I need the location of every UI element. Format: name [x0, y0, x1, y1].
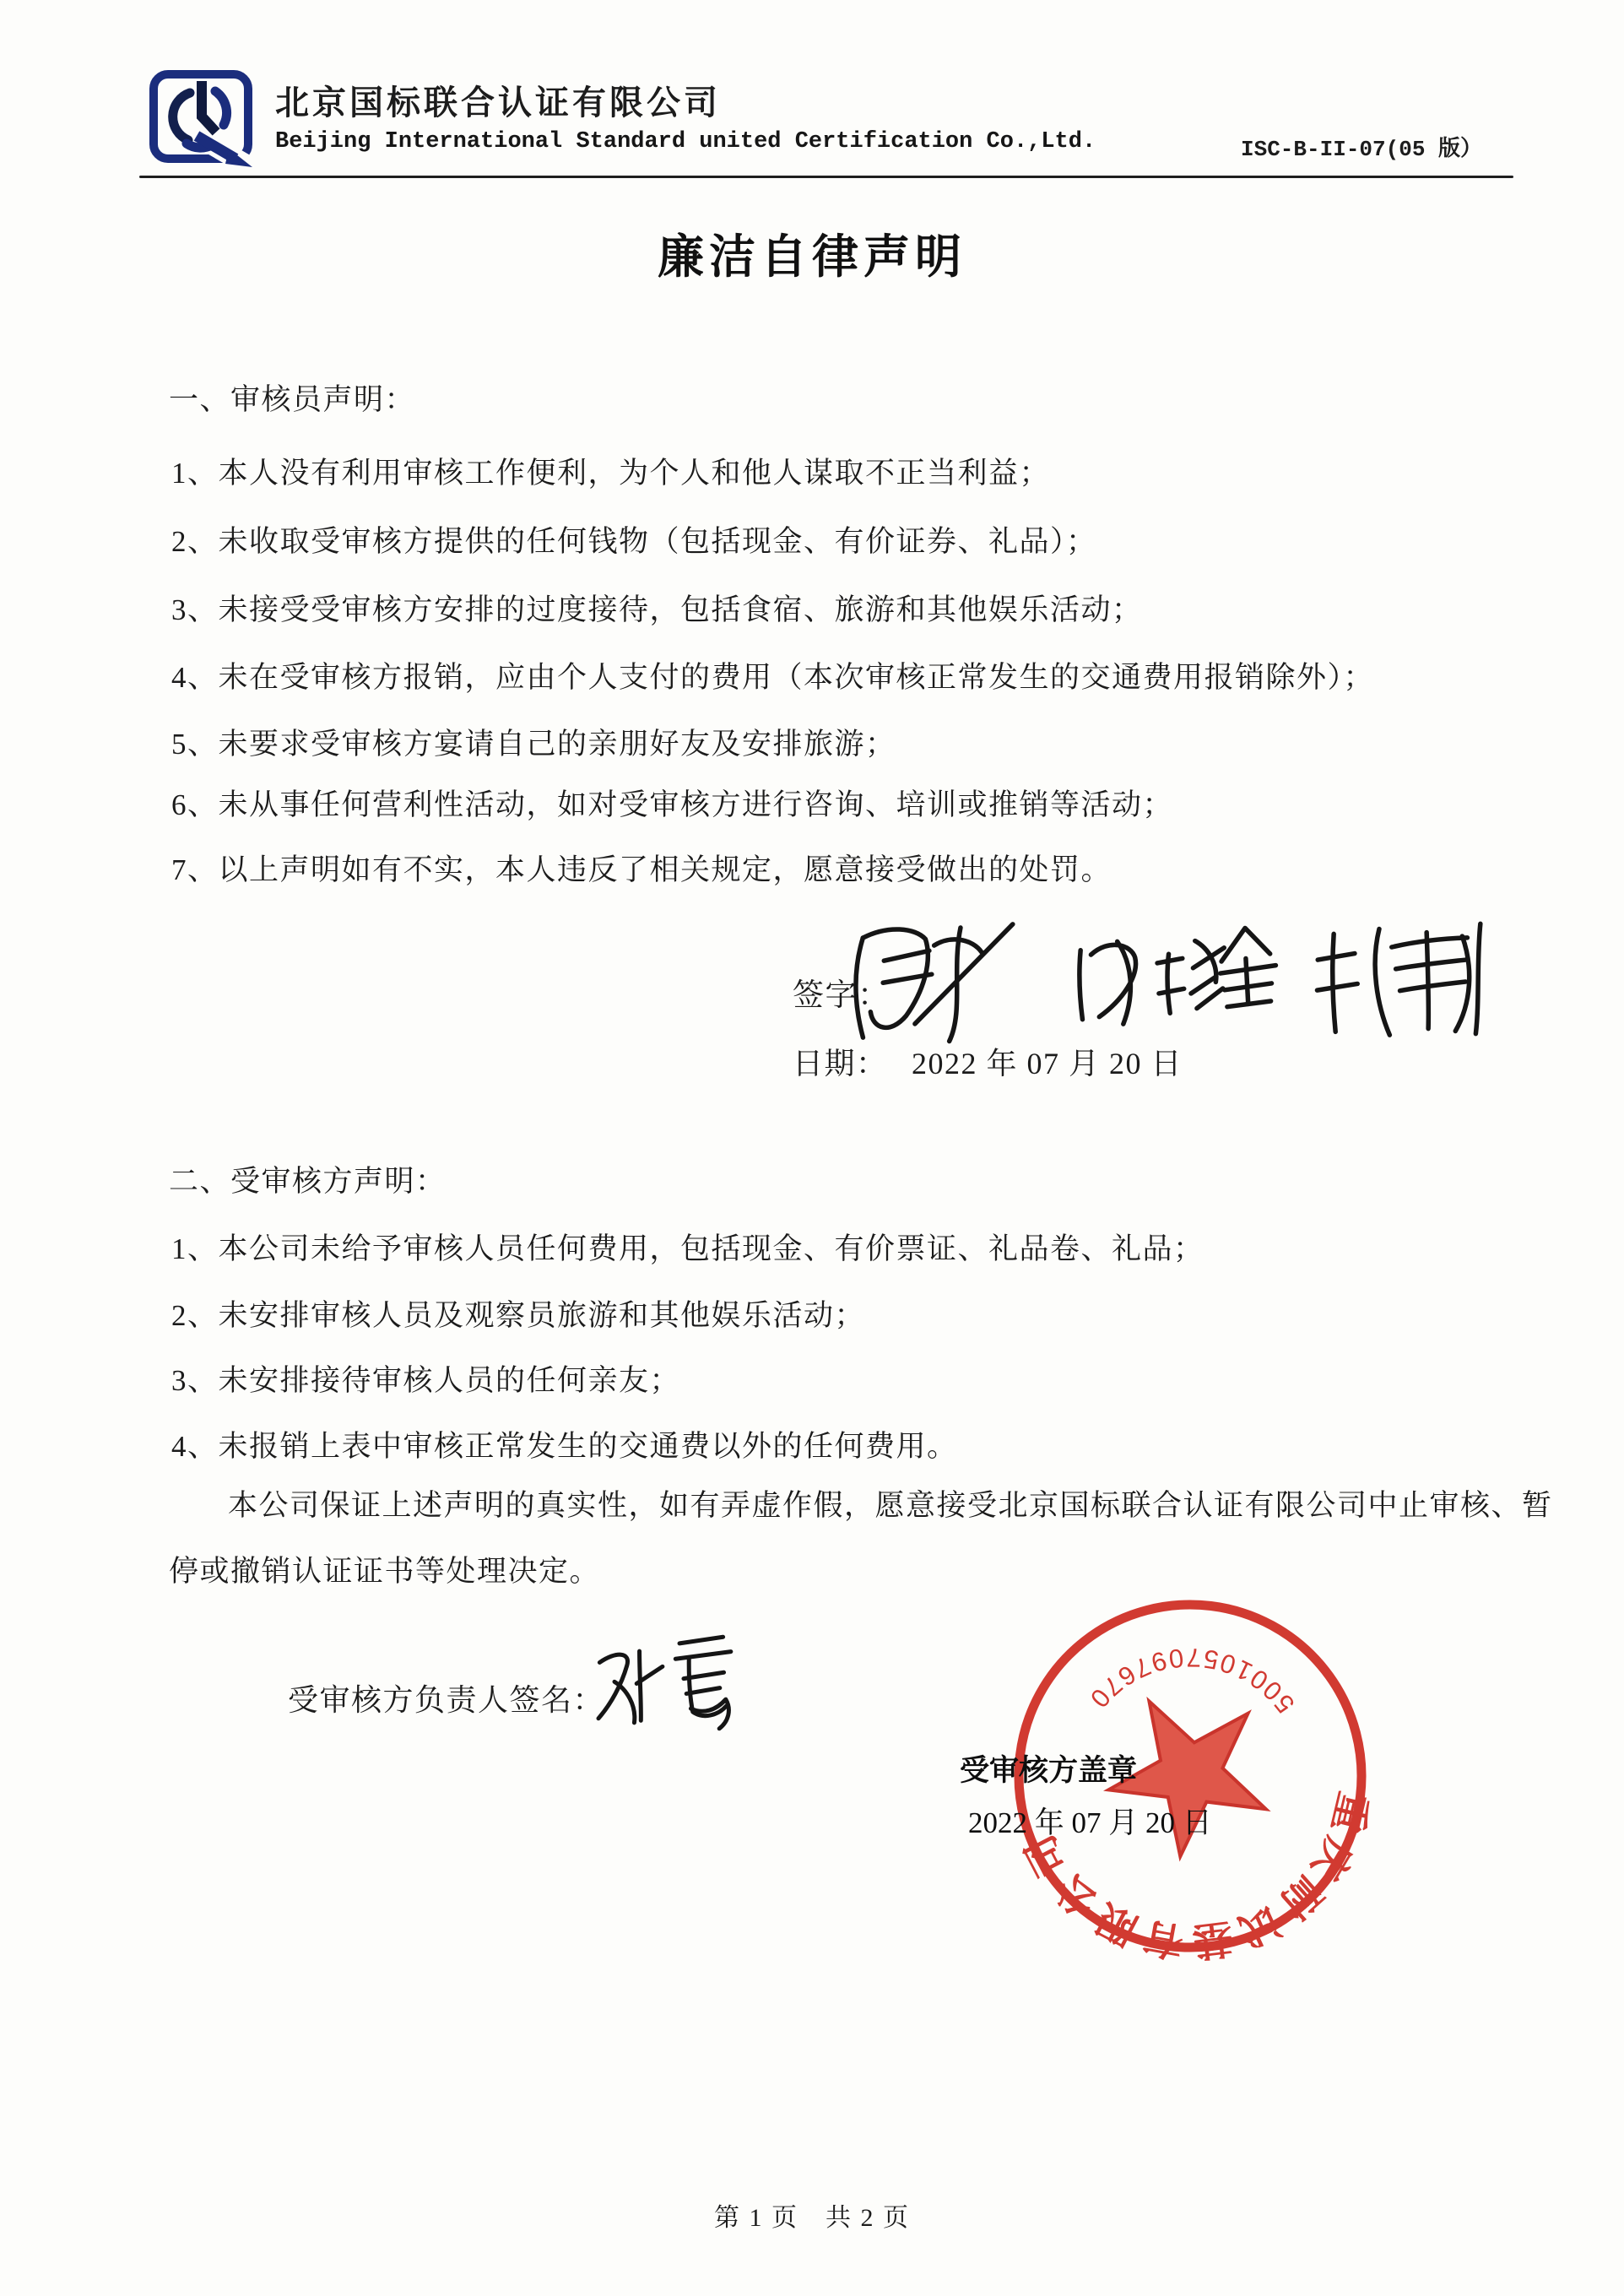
date-value: 2022 年 07 月 20 日: [912, 1047, 1183, 1080]
certification-logo-icon: [148, 69, 259, 172]
declaration-item: 3、未接受受审核方安排的过度接待，包括食宿、旅游和其他娱乐活动；: [171, 587, 1143, 629]
closing-paragraph-line: 本公司保证上述声明的真实性，如有弄虚作假，愿意接受北京国标联合认证有限公司中止审…: [169, 1482, 1553, 1524]
declaration-item: 2、未收取受审核方提供的任何钱物（包括现金、有价证券、礼品）；: [171, 518, 1097, 560]
declaration-item: 6、未从事任何营利性活动，如对受审核方进行咨询、培训或推销等活动；: [171, 782, 1173, 824]
declaration-item: 5、未要求受审核方宴请自己的亲朋好友及安排旅游；: [171, 721, 896, 763]
company-name-en: Beijing International Standard united Ce…: [275, 129, 1096, 154]
company-name-cn: 北京国标联合认证有限公司: [275, 76, 721, 124]
declaration-item: 3、未安排接待审核人员的任何亲友；: [171, 1357, 680, 1400]
section1-heading: 一、审核员声明：: [169, 376, 415, 419]
auditee-signature-handwriting: [582, 1629, 751, 1739]
declaration-item: 1、本公司未给予审核人员任何费用，包括现金、有价票证、礼品卷、礼品；: [171, 1226, 1204, 1268]
date-label: 日期：: [793, 1047, 888, 1080]
doc-code: ISC-B-II-07(05 版）: [1241, 131, 1519, 162]
declaration-item: 4、未在受审核方报销，应由个人支付的费用（本次审核正常发生的交通费用报销除外）；: [171, 654, 1374, 696]
header-divider: [139, 176, 1513, 178]
seal-serial-number: 5001057097670: [1080, 1629, 1306, 1740]
declaration-item: 4、未报销上表中审核正常发生的交通费以外的任何费用。: [171, 1423, 958, 1465]
declaration-item: 1、本人没有利用审核工作便利，为个人和他人谋取不正当利益；: [171, 450, 1050, 492]
svg-text:5001057097670: 5001057097670: [1080, 1629, 1306, 1740]
auditee-signature-label: 受审核方负责人签名：: [288, 1676, 604, 1719]
auditor-date-line: 日期： 2022 年 07 月 20 日: [793, 1040, 1183, 1083]
page-title: 廉洁自律声明: [0, 219, 1624, 286]
stamp-overlay-label: 受审核方盖章: [960, 1747, 1137, 1790]
document-page: 北京国标联合认证有限公司 Beijing International Stand…: [0, 0, 1624, 2296]
closing-paragraph-line: 停或撤销认证证书等处理决定。: [169, 1548, 600, 1590]
declaration-item: 2、未安排审核人员及观察员旅游和其他娱乐活动；: [171, 1292, 865, 1335]
section2-heading: 二、受审核方声明：: [169, 1158, 447, 1200]
stamp-overlay-date: 2022 年 07 月 20 日: [968, 1800, 1212, 1842]
declaration-item: 7、以上声明如有不实，本人违反了相关规定，愿意接受做出的处罚。: [171, 847, 1112, 889]
auditor-signatures-handwriting: [836, 910, 1511, 1053]
page-footer: 第 1 页 共 2 页: [0, 2196, 1624, 2234]
